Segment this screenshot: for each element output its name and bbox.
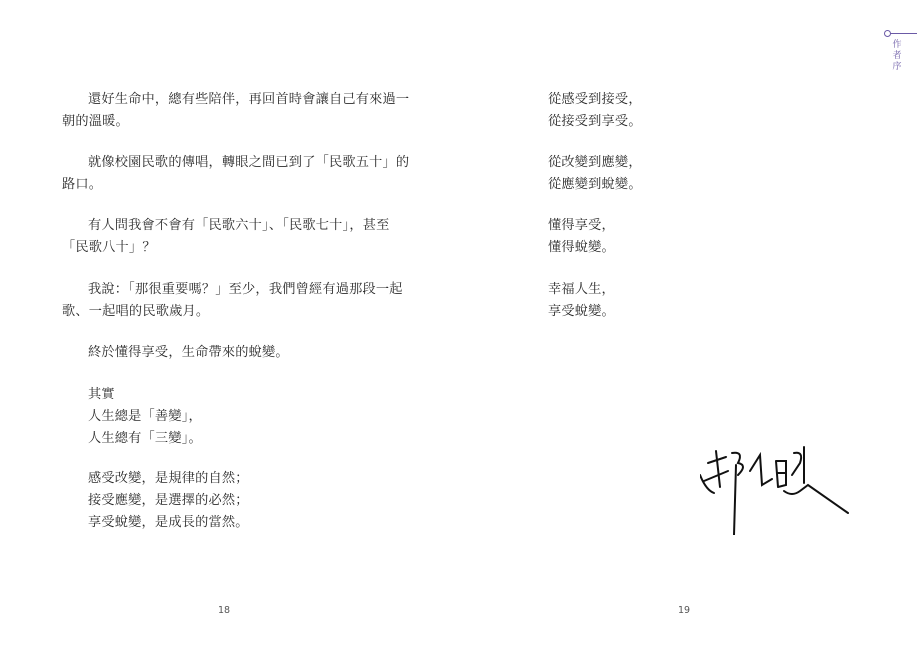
stanza-2: 從改變到應變， 從應變到蛻變。 — [548, 152, 642, 196]
stanza-3: 懂得享受， 懂得蛻變。 — [548, 215, 615, 259]
text-line: 終於懂得享受，生命帶來的蛻變。 — [62, 342, 289, 364]
stanza-1: 從感受到接受， 從接受到享受。 — [548, 89, 642, 133]
stanza-4: 幸福人生， 享受蛻變。 — [548, 279, 615, 323]
text-line: 「民歌八十」？ — [62, 237, 390, 259]
paragraph-5: 終於懂得享受，生命帶來的蛻變。 — [62, 342, 289, 364]
paragraph-4: 我說：「那很重要嗎？」至少，我們曾經有過那段一起 歌、一起唱的民歌歲月。 — [62, 279, 403, 323]
paragraph-2: 就像校園民歌的傳唱，轉眼之間已到了「民歌五十」的 路口。 — [62, 152, 409, 196]
text-line: 從感受到接受， — [548, 89, 642, 111]
text-line: 幸福人生， — [548, 279, 615, 301]
page-number-right: 19 — [678, 605, 690, 616]
section-tab-label: 作者序 — [890, 40, 904, 73]
text-line: 我說：「那很重要嗎？」至少，我們曾經有過那段一起 — [62, 279, 403, 301]
text-line: 享受蛻變。 — [548, 301, 615, 323]
signature-icon — [700, 435, 850, 535]
text-line: 懂得享受， — [548, 215, 615, 237]
paragraph-7: 感受改變，是規律的自然； 接受應變，是選擇的必然； 享受蛻變，是成長的當然。 — [88, 468, 249, 534]
text-line: 享受蛻變，是成長的當然。 — [88, 512, 249, 534]
paragraph-1: 還好生命中，總有些陪伴，再回首時會讓自己有來過一 朝的溫暖。 — [62, 89, 409, 133]
text-line: 其實 — [88, 384, 202, 406]
paragraph-6: 其實 人生總是「善變」， 人生總有「三變」。 — [88, 384, 202, 450]
text-line: 還好生命中，總有些陪伴，再回首時會讓自己有來過一 — [62, 89, 409, 111]
text-line: 朝的溫暖。 — [62, 111, 409, 133]
text-line: 接受應變，是選擇的必然； — [88, 490, 249, 512]
tab-line — [890, 33, 917, 34]
text-line: 感受改變，是規律的自然； — [88, 468, 249, 490]
text-line: 人生總是「善變」， — [88, 406, 202, 428]
text-line: 有人問我會不會有「民歌六十」、「民歌七十」，甚至 — [62, 215, 390, 237]
section-tab: 作者序 — [880, 28, 917, 78]
text-line: 就像校園民歌的傳唱，轉眼之間已到了「民歌五十」的 — [62, 152, 409, 174]
text-line: 從接受到享受。 — [548, 111, 642, 133]
page-number-left: 18 — [218, 605, 230, 616]
text-line: 路口。 — [62, 174, 409, 196]
left-page: 還好生命中，總有些陪伴，再回首時會讓自己有來過一 朝的溫暖。 就像校園民歌的傳唱… — [0, 0, 458, 651]
paragraph-3: 有人問我會不會有「民歌六十」、「民歌七十」，甚至 「民歌八十」？ — [62, 215, 390, 259]
text-line: 人生總有「三變」。 — [88, 428, 202, 450]
text-line: 從改變到應變， — [548, 152, 642, 174]
text-line: 懂得蛻變。 — [548, 237, 615, 259]
text-line: 從應變到蛻變。 — [548, 174, 642, 196]
text-line: 歌、一起唱的民歌歲月。 — [62, 301, 403, 323]
right-page: 從感受到接受， 從接受到享受。 從改變到應變， 從應變到蛻變。 懂得享受， 懂得… — [458, 0, 917, 651]
